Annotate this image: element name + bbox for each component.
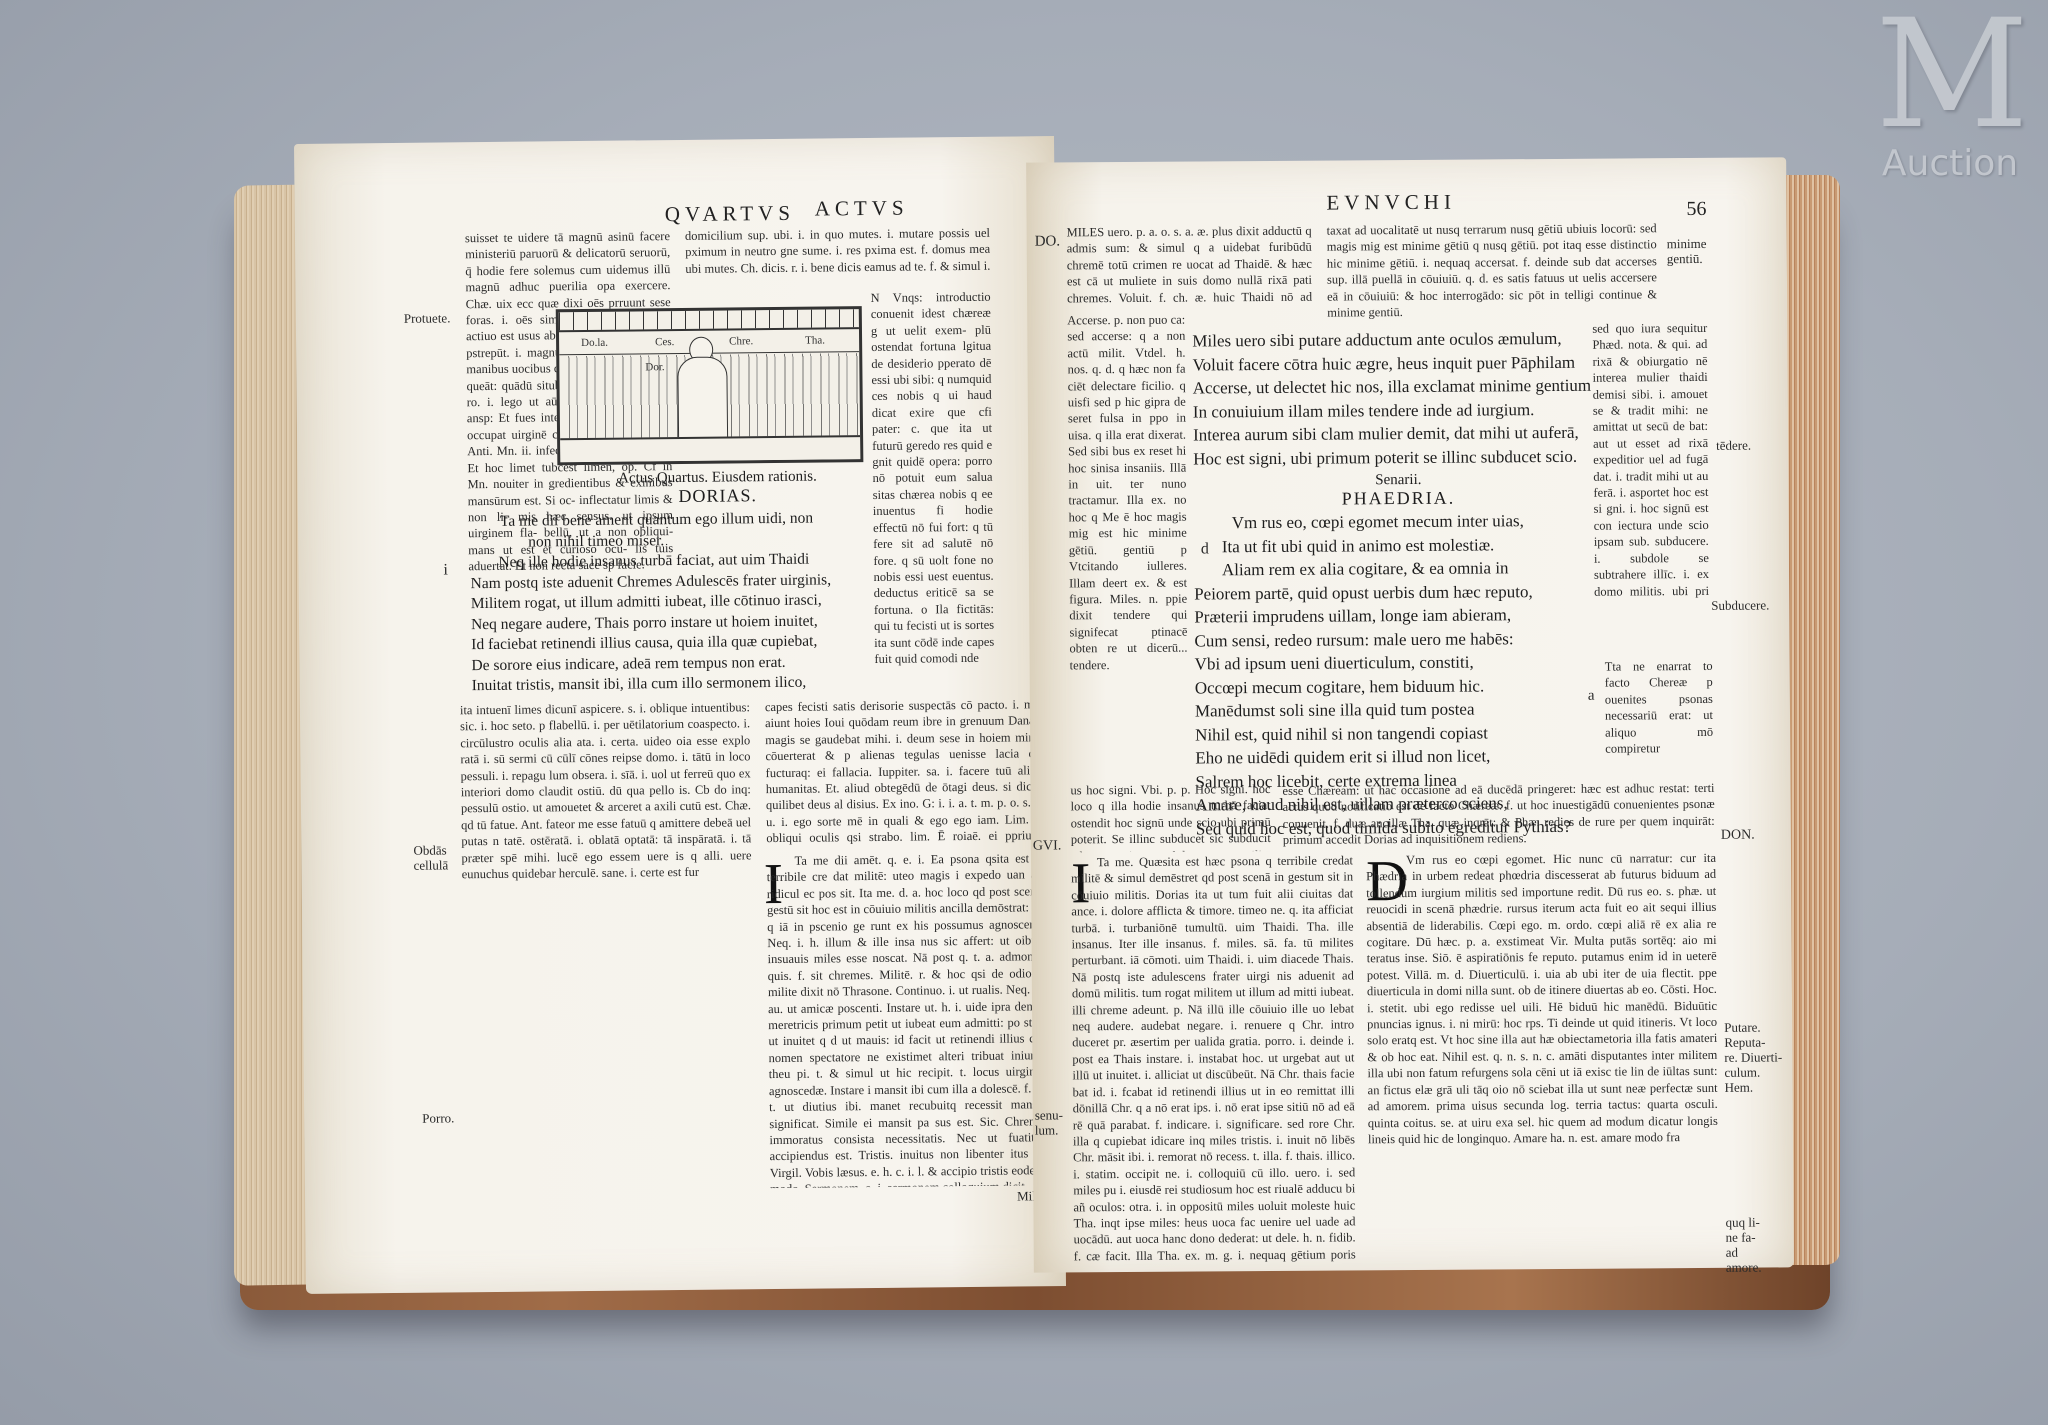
commentary-lower-left: Ta me. Quæsita est hæc psona q terribile… (1071, 852, 1356, 1264)
verse-line: Manēdumst soli sine illa quid tum postea (1195, 697, 1571, 723)
commentary-text: taxat ad uocalitatē ut nusq terrarum nus… (1327, 220, 1658, 321)
speaker-phaedria: PHAEDRIA. (1198, 487, 1598, 511)
commentary-text: us hoc signi. Vbi. p. p. Hoc signi. hoc … (1070, 781, 1270, 852)
left-page: QVARTVS ACTVS suisset te uidere tā magnū… (294, 136, 1066, 1294)
woodcut-label: Ces. (655, 336, 674, 348)
running-head-actus: ACTVS (815, 196, 909, 222)
running-head-eunuchi: EVNVCHI (1326, 190, 1456, 216)
margin-line: re. Diuerti- (1724, 1049, 1784, 1064)
commentary-text: sed quo iura sequitur Phæd. nota. & qui.… (1592, 320, 1709, 601)
verse-line: Præterii imprudens uillam, longe iam abi… (1194, 603, 1570, 629)
verse-line: Voluit facere cōtra huic ægre, heus inqu… (1192, 350, 1591, 376)
speaker-dorias: DORIAS. (568, 484, 868, 508)
verse-line: Vbi ad ipsum ueni diuerticulum, constiti… (1195, 650, 1571, 676)
commentary-right-strip: sed quo iura sequitur Phæd. nota. & qui.… (1592, 320, 1709, 601)
verse-miles: Miles uero sibi putare adductum ante ocu… (1192, 327, 1591, 471)
woodcut-label: Tha. (805, 334, 825, 346)
verse-line: Ta me dii bene ament quantum ego illum u… (470, 508, 831, 532)
margin-line: quq li- (1725, 1214, 1785, 1229)
verse-line: Miles uero sibi putare adductum ante ocu… (1192, 327, 1591, 353)
woodcut-label: Do.la. (581, 337, 608, 349)
commentary-bottom-lower: Ta me dii amēt. q. e. i. Ea psona qsita … (766, 850, 1044, 1188)
verse-line: Nihil est, quid nihil si non tangendi co… (1195, 720, 1571, 746)
verse-line: Ita ut fit ubi quid in animo est molesti… (1194, 532, 1570, 558)
commentary-bottom-right: esse Chæream: ut hac occasione ad eā duc… (1282, 780, 1714, 849)
dorias-verse: Ta me dii bene ament quantum ego illum u… (470, 508, 832, 696)
verse-line: In conuiuium illam miles tendere inde ad… (1193, 397, 1592, 423)
verse-marker-a: a (1588, 689, 1595, 704)
commentary-bottom-left: us hoc signi. Vbi. p. p. Hoc signi. hoc … (1070, 781, 1270, 852)
commentary-text: Ta me. Quæsita est hæc psona q terribile… (1071, 852, 1356, 1264)
commentary-text: ita intuenī limes dicunī aspicere. s. i.… (460, 699, 752, 882)
commentary-top-right: domicilium sup. ubi. i. in quo mutes. i.… (685, 225, 991, 278)
margin-line: Putare. (1724, 1019, 1784, 1034)
page-number: 56 (1686, 198, 1706, 221)
margin-line: ad (1726, 1244, 1786, 1259)
commentary-text: Accerse. p. non puo ca: sed accerse: q a… (1067, 312, 1188, 674)
commentary-right-strip: N Vnqs: introductio conuenit idest chære… (871, 289, 995, 690)
margin-note-senulum: senu- lum. (1035, 1107, 1063, 1137)
margin-note-protuete: Protuete. (404, 310, 451, 325)
woodcut-figure-label: Dor. (645, 361, 664, 373)
speaker-marker-don: DON. (1721, 828, 1755, 843)
margin-line: ne fa- (1726, 1229, 1786, 1244)
woodcut-label: Chre. (729, 335, 753, 347)
open-book: QVARTVS ACTVS suisset te uidere tā magnū… (230, 140, 1840, 1320)
commentary-text: domicilium sup. ubi. i. in quo mutes. i.… (685, 225, 991, 278)
speaker-marker-gvi: GVI. (1033, 838, 1061, 853)
commentary-lower-right: Vm rus eo cœpi egomet. Hic nunc cū narra… (1366, 850, 1719, 1262)
verse-line: Inuitat tristis, mansit ibi, illa cum il… (472, 672, 833, 696)
running-head-quartus: QVARTVS (665, 201, 795, 227)
margin-line: lum. (1035, 1122, 1063, 1137)
verse-line: Hoc est signi, ubi primum poterit se ill… (1193, 444, 1592, 470)
speaker-marker-do: DO. (1035, 234, 1061, 249)
commentary-left-strip: Accerse. p. non puo ca: sed accerse: q a… (1067, 312, 1188, 783)
commentary-top-right: taxat ad uocalitatē ut nusq terrarum nus… (1327, 220, 1658, 322)
watermark-letter: M (1855, 10, 2045, 140)
margin-line: culum. (1724, 1064, 1784, 1079)
commentary-text: esse Chæream: ut hac occasione ad eā duc… (1282, 780, 1714, 849)
margin-note-minime-gentiu: minime gentiū. (1667, 236, 1727, 266)
margin-notes-right-bottom: Putare. Reputa- re. Diuerti- culum. Hem.… (1724, 1019, 1786, 1274)
right-page: EVNVCHI 56 DO. MILES uero. p. a. o. s. a… (1026, 157, 1794, 1272)
commentary-text: N Vnqs: introductio conuenit idest chære… (871, 289, 995, 668)
commentary-text: Tta ne enarrat to facto Chereæ p ouenite… (1605, 658, 1714, 757)
margin-note-porro: Porro. (422, 1110, 454, 1125)
verse-line: Peiorem partē, quid opust uerbis dum hæc… (1194, 579, 1570, 605)
verse-line: Aliam rem ex alia cogitare, & ea omnia i… (1194, 556, 1570, 582)
commentary-bottom-right: capes fecisti satis derisorie suspectās … (765, 696, 1042, 849)
margin-line: Hem. (1725, 1079, 1785, 1094)
woodcut-arcade (559, 309, 859, 332)
margin-note-subducere: Subducere. (1711, 598, 1766, 613)
verse-line: Interea aurum sibi clam mulier demit, da… (1193, 421, 1592, 447)
verse-marker: i (443, 562, 448, 577)
margin-line: amore. (1726, 1259, 1786, 1274)
watermark-word: Auction (1855, 144, 2045, 184)
commentary-bottom-left: ita intuenī limes dicunī aspicere. s. i.… (460, 699, 755, 1177)
verse-line: Eho ne uidēdi quidem erit si illud non l… (1195, 744, 1571, 770)
verse-line: Cum sensi, redeo rursum: male uero me ha… (1194, 626, 1570, 652)
woodcut-stage-floor (560, 435, 860, 462)
commentary-initial-right: Tta ne enarrat to facto Chereæ p ouenite… (1605, 658, 1714, 769)
commentary-top: MILES uero. p. a. o. s. a. æ. plus dixit… (1067, 223, 1313, 309)
woodcut-illustration: Do.la. Ces. Chre. Tha. Dor. (556, 306, 864, 465)
commentary-text: MILES uero. p. a. o. s. a. æ. plus dixit… (1067, 223, 1313, 309)
commentary-text: Vm rus eo cœpi egomet. Hic nunc cū narra… (1366, 850, 1718, 1148)
commentary-text: Ta me dii amēt. q. e. i. Ea psona qsita … (766, 850, 1044, 1188)
verse-line: Accerse, ut delectet hic nos, illa excla… (1193, 374, 1592, 400)
margin-line: senu- (1035, 1107, 1063, 1122)
auction-house-watermark: M Auction (1855, 10, 2045, 184)
margin-note-obdas: Obdās cellulā (413, 842, 463, 873)
verse-line: Occœpi mecum cogitare, hem biduum hic. (1195, 673, 1571, 699)
commentary-text: capes fecisti satis derisorie suspectās … (765, 696, 1042, 849)
margin-note-tendere: tēdere. (1716, 438, 1751, 453)
verse-line: Vm rus eo, cœpi egomet mecum inter uias, (1194, 509, 1570, 535)
margin-line: Reputa- (1724, 1034, 1784, 1049)
